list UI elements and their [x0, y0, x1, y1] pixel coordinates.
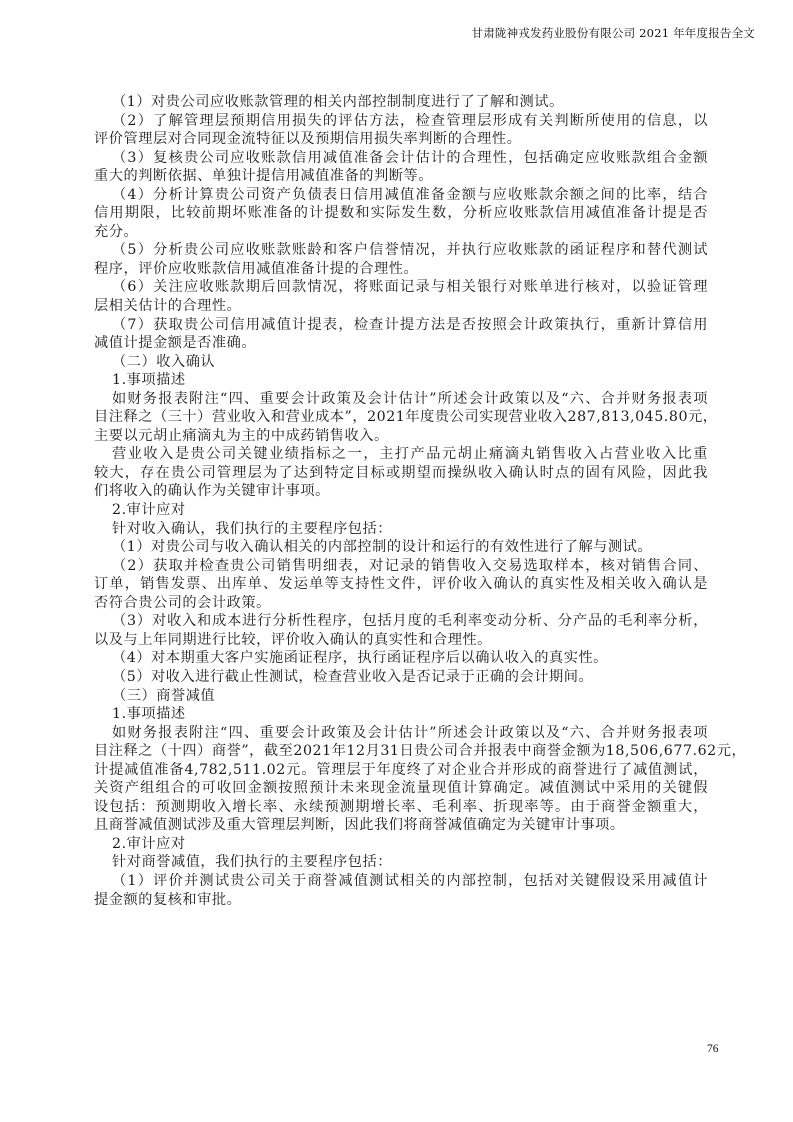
text-line: 减值计提金额是否准确。: [94, 334, 708, 353]
text-line: （1）评价并测试贵公司关于商誉减值测试相关的内部控制，包括对关键假设采用减值计: [94, 872, 708, 891]
text-line: 程序，评价应收账款信用减值准备计提的合理性。: [94, 260, 708, 279]
text-line: 充分。: [94, 223, 708, 242]
header-divider: [84, 44, 755, 45]
text-line: 1.事项描述: [94, 705, 708, 724]
text-line: 们将收入的确认作为关键审计事项。: [94, 482, 708, 501]
text-line: 信用期限，比较前期坏账准备的计提数和实际发生数，分析应收账款信用减值准备计提是否: [94, 204, 708, 223]
text-line: 重大的判断依据、单独计提信用减值准备的判断等。: [94, 167, 708, 186]
text-line: 关资产组组合的可收回金额按照预计未来现金流量现值计算确定。减值测试中采用的关键假: [94, 779, 708, 798]
page-header-title: 甘肃陇神戎发药业股份有限公司 2021 年年度报告全文: [472, 25, 755, 41]
text-line: 1.事项描述: [94, 371, 708, 390]
text-line: 较大，存在贵公司管理层为了达到特定目标或期望而操纵收入确认时点的固有风险，因此我: [94, 464, 708, 483]
text-line: 提金额的复核和审批。: [94, 891, 708, 910]
text-line: 计提减值准备4,782,511.02元。管理层于年度终了对企业合并形成的商誉进行…: [94, 761, 708, 780]
text-line: 如财务报表附注“四、重要会计政策及会计估计”所述会计政策以及“六、合并财务报表项: [94, 390, 708, 409]
text-line: （3）对收入和成本进行分析性程序，包括月度的毛利率变动分析、分产品的毛利率分析，: [94, 612, 708, 631]
text-line: （三）商誉减值: [94, 687, 708, 706]
text-line: 目注释之（十四）商誉”，截至2021年12月31日贵公司合并报表中商誉金额为18…: [94, 742, 708, 761]
text-line: 针对收入确认，我们执行的主要程序包括：: [94, 520, 708, 539]
text-line: （6）关注应收账款期后回款情况，将账面记录与相关银行对账单进行核对，以验证管理: [94, 278, 708, 297]
text-line: 否符合贵公司的会计政策。: [94, 594, 708, 613]
text-line: 以及与上年同期进行比较，评价收入确认的真实性和合理性。: [94, 631, 708, 650]
text-line: 营业收入是贵公司关键业绩指标之一，主打产品元胡止痛滴丸销售收入占营业收入比重: [94, 445, 708, 464]
document-body: （1）对贵公司应收账款管理的相关内部控制制度进行了了解和测试。（2）了解管理层预…: [94, 93, 708, 909]
text-line: 主要以元胡止痛滴丸为主的中成药销售收入。: [94, 427, 708, 446]
text-line: （7）获取贵公司信用减值计提表，检查计提方法是否按照会计政策执行，重新计算信用: [94, 316, 708, 335]
text-line: （4）分析计算贵公司资产负债表日信用减值准备金额与应收账款余额之间的比率，结合: [94, 186, 708, 205]
text-line: 层相关估计的合理性。: [94, 297, 708, 316]
text-line: 2.审计应对: [94, 835, 708, 854]
text-line: 订单，销售发票、出库单、发运单等支持性文件，评价收入确认的真实性及相关收入确认是: [94, 575, 708, 594]
text-line: （5）对收入进行截止性测试，检查营业收入是否记录于正确的会计期间。: [94, 668, 708, 687]
text-line: 目注释之（三十）营业收入和营业成本”，2021年度贵公司实现营业收入287,81…: [94, 408, 708, 427]
text-line: 针对商誉减值，我们执行的主要程序包括：: [94, 853, 708, 872]
text-line: （2）获取并检查贵公司销售明细表，对记录的销售收入交易选取样本，核对销售合同、: [94, 557, 708, 576]
text-line: （5）分析贵公司应收账款账龄和客户信誉情况，并执行应收账款的函证程序和替代测试: [94, 241, 708, 260]
text-line: 且商誉减值测试涉及重大管理层判断，因此我们将商誉减值确定为关键审计事项。: [94, 816, 708, 835]
text-line: 评价管理层对合同现金流特征以及预期信用损失率判断的合理性。: [94, 130, 708, 149]
page-number: 76: [707, 1043, 719, 1055]
text-line: 设包括：预测期收入增长率、永续预测期增长率、毛利率、折现率等。由于商誉金额重大，: [94, 798, 708, 817]
text-line: 如财务报表附注“四、重要会计政策及会计估计”所述会计政策以及“六、合并财务报表项: [94, 724, 708, 743]
text-line: （3）复核贵公司应收账款信用减值准备会计估计的合理性，包括确定应收账款组合金额: [94, 149, 708, 168]
text-line: （1）对贵公司与收入确认相关的内部控制的设计和运行的有效性进行了解与测试。: [94, 538, 708, 557]
text-line: （1）对贵公司应收账款管理的相关内部控制制度进行了了解和测试。: [94, 93, 708, 112]
text-line: （2）了解管理层预期信用损失的评估方法，检查管理层形成有关判断所使用的信息，以: [94, 112, 708, 131]
text-line: 2.审计应对: [94, 501, 708, 520]
text-line: （二）收入确认: [94, 353, 708, 372]
text-line: （4）对本期重大客户实施函证程序，执行函证程序后以确认收入的真实性。: [94, 649, 708, 668]
